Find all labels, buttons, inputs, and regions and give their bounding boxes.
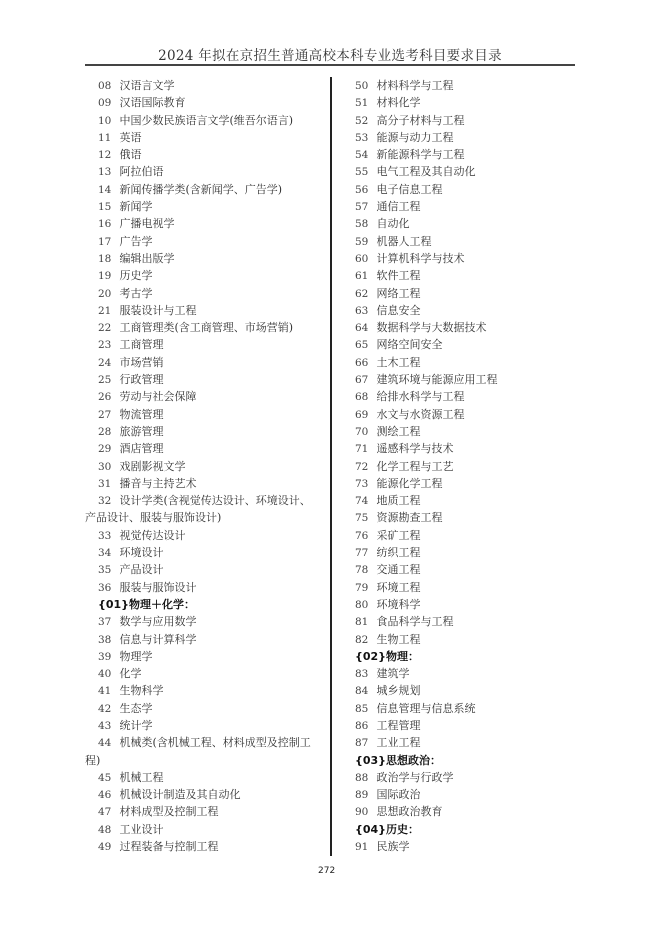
item-label: 工商管理类(含工商管理、市场营销) [120, 321, 294, 334]
item-label: 生物科学 [120, 684, 164, 697]
major-list-item: 28 旅游管理 [85, 423, 325, 440]
major-list-item: 33 视觉传达设计 [85, 527, 325, 544]
item-label: 思想政治教育 [377, 805, 443, 818]
major-list-item: 35 产品设计 [85, 561, 325, 578]
major-list-item: 73 能源化学工程 [355, 475, 595, 492]
section-heading: {01}物理＋化学： [85, 596, 325, 613]
item-label: 高分子材料与工程 [377, 114, 465, 127]
major-list-item: 87 工业工程 [355, 734, 595, 751]
item-label: 汉语言文学 [120, 79, 175, 92]
item-label: 机械设计制造及其自动化 [120, 788, 241, 801]
major-list-item: 65 网络空间安全 [355, 336, 595, 353]
item-number: 18 [98, 251, 116, 268]
item-number: 41 [98, 683, 116, 700]
item-number: 19 [98, 268, 116, 285]
major-list-item: 81 食品科学与工程 [355, 613, 595, 630]
section-heading: {03}思想政治： [355, 752, 595, 769]
item-number: 49 [98, 839, 116, 856]
item-number: 40 [98, 666, 116, 683]
major-list-item: 50 材料科学与工程 [355, 77, 595, 94]
item-label: 环境科学 [377, 598, 421, 611]
major-list-item: 43 统计学 [85, 717, 325, 734]
major-list-item: 78 交通工程 [355, 561, 595, 578]
item-label: 遥感科学与技术 [377, 442, 454, 455]
item-number: 79 [355, 580, 373, 597]
item-number: 51 [355, 95, 373, 112]
item-number: 88 [355, 770, 373, 787]
item-number: 29 [98, 441, 116, 458]
major-list-item: 72 化学工程与工艺 [355, 458, 595, 475]
item-number: 71 [355, 441, 373, 458]
item-number: 34 [98, 545, 116, 562]
major-list-item: 86 工程管理 [355, 717, 595, 734]
item-number: 86 [355, 718, 373, 735]
major-list-item: 61 软件工程 [355, 267, 595, 284]
major-list-item: 52 高分子材料与工程 [355, 112, 595, 129]
item-label: 交通工程 [377, 563, 421, 576]
item-number: 58 [355, 216, 373, 233]
item-label: 环境设计 [120, 546, 164, 559]
item-number: 43 [98, 718, 116, 735]
item-label: 土木工程 [377, 356, 421, 369]
major-list-item: 42 生态学 [85, 700, 325, 717]
major-list-item: 90 思想政治教育 [355, 803, 595, 820]
major-list-item: 21 服装设计与工程 [85, 302, 325, 319]
item-number: 38 [98, 632, 116, 649]
major-list-item: 66 土木工程 [355, 354, 595, 371]
major-list-item: 08 汉语言文学 [85, 77, 325, 94]
item-number: 28 [98, 424, 116, 441]
left-column: 08 汉语言文学09 汉语国际教育10 中国少数民族语言文学(维吾尔语言)11 … [85, 77, 325, 855]
item-label: 环境工程 [377, 581, 421, 594]
major-list-item: 58 自动化 [355, 215, 595, 232]
item-number: 73 [355, 476, 373, 493]
major-list-item: 18 编辑出版学 [85, 250, 325, 267]
item-label: 测绘工程 [377, 425, 421, 438]
major-list-item: 54 新能源科学与工程 [355, 146, 595, 163]
item-label: 广播电视学 [120, 217, 175, 230]
item-label: 俄语 [120, 148, 142, 161]
item-number: 60 [355, 251, 373, 268]
major-list-item: 40 化学 [85, 665, 325, 682]
major-list-item: 60 计算机科学与技术 [355, 250, 595, 267]
item-number: 78 [355, 562, 373, 579]
item-label: 纺织工程 [377, 546, 421, 559]
item-label: 信息安全 [377, 304, 421, 317]
item-number: 72 [355, 459, 373, 476]
item-label: 新闻学 [120, 200, 153, 213]
item-number: 09 [98, 95, 116, 112]
major-list-item: 74 地质工程 [355, 492, 595, 509]
major-list-item: 64 数据科学与大数据技术 [355, 319, 595, 336]
item-label: 考古学 [120, 287, 153, 300]
item-label: 工业工程 [377, 736, 421, 749]
item-number: 12 [98, 147, 116, 164]
item-number: 50 [355, 78, 373, 95]
item-number: 31 [98, 476, 116, 493]
item-label: 材料成型及控制工程 [120, 805, 219, 818]
item-number: 66 [355, 355, 373, 372]
page-number: 272 [318, 866, 335, 876]
item-label: 机器人工程 [377, 235, 432, 248]
item-label: 地质工程 [377, 494, 421, 507]
item-number: 48 [98, 822, 116, 839]
major-list-item: 67 建筑环境与能源应用工程 [355, 371, 595, 388]
item-number: 55 [355, 164, 373, 181]
item-number: 65 [355, 337, 373, 354]
item-number: 15 [98, 199, 116, 216]
major-list-item: 56 电子信息工程 [355, 181, 595, 198]
major-list-item: 77 纺织工程 [355, 544, 595, 561]
major-list-item: 22 工商管理类(含工商管理、市场营销) [85, 319, 325, 336]
major-list-item: 69 水文与水资源工程 [355, 406, 595, 423]
major-list-item: 39 物理学 [85, 648, 325, 665]
item-label: 化学工程与工艺 [377, 460, 454, 473]
major-list-item: 80 环境科学 [355, 596, 595, 613]
major-list-item: 30 戏剧影视文学 [85, 458, 325, 475]
item-label: 视觉传达设计 [120, 529, 186, 542]
item-number: 45 [98, 770, 116, 787]
item-number: 23 [98, 337, 116, 354]
item-number: 56 [355, 182, 373, 199]
item-number: 20 [98, 286, 116, 303]
major-list-item: 31 播音与主持艺术 [85, 475, 325, 492]
item-label: 软件工程 [377, 269, 421, 282]
item-number: 32 [98, 493, 116, 510]
item-label: 机械类(含机械工程、材料成型及控制工 [120, 736, 311, 749]
major-list-item: 15 新闻学 [85, 198, 325, 215]
major-list-item: 82 生物工程 [355, 631, 595, 648]
major-list-item: 37 数学与应用数学 [85, 613, 325, 630]
major-list-item: 44 机械类(含机械工程、材料成型及控制工 [85, 734, 325, 751]
item-label: 物流管理 [120, 408, 164, 421]
major-list-item: 19 历史学 [85, 267, 325, 284]
item-label: 给排水科学与工程 [377, 390, 465, 403]
item-number: 89 [355, 787, 373, 804]
item-label: 信息与计算科学 [120, 633, 197, 646]
major-list-item: 49 过程装备与控制工程 [85, 838, 325, 855]
major-list-item: 26 劳动与社会保障 [85, 388, 325, 405]
major-list-item: 83 建筑学 [355, 665, 595, 682]
major-list-item: 36 服装与服饰设计 [85, 579, 325, 596]
item-label: 劳动与社会保障 [120, 390, 197, 403]
item-label: 国际政治 [377, 788, 421, 801]
item-label: 设计学类(含视觉传达设计、环境设计、 [120, 494, 311, 507]
item-label: 建筑学 [377, 667, 410, 680]
major-list-item: 59 机器人工程 [355, 233, 595, 250]
item-label: 旅游管理 [120, 425, 164, 438]
list-item-continuation: 程) [85, 752, 325, 769]
item-number: 70 [355, 424, 373, 441]
item-number: 82 [355, 632, 373, 649]
major-list-item: 23 工商管理 [85, 336, 325, 353]
item-number: 35 [98, 562, 116, 579]
item-number: 90 [355, 804, 373, 821]
item-label: 网络工程 [377, 287, 421, 300]
item-label: 食品科学与工程 [377, 615, 454, 628]
item-label: 数据科学与大数据技术 [377, 321, 487, 334]
item-number: 42 [98, 701, 116, 718]
item-label: 生物工程 [377, 633, 421, 646]
item-label: 政治学与行政学 [377, 771, 454, 784]
item-label: 材料化学 [377, 96, 421, 109]
major-list-item: 20 考古学 [85, 285, 325, 302]
major-list-item: 51 材料化学 [355, 94, 595, 111]
item-label: 中国少数民族语言文学(维吾尔语言) [120, 114, 294, 127]
major-list-item: 89 国际政治 [355, 786, 595, 803]
item-label: 采矿工程 [377, 529, 421, 542]
item-number: 80 [355, 597, 373, 614]
item-label: 产品设计 [120, 563, 164, 576]
major-list-item: 41 生物科学 [85, 682, 325, 699]
item-number: 25 [98, 372, 116, 389]
item-label: 行政管理 [120, 373, 164, 386]
item-label: 新闻传播学类(含新闻学、广告学) [120, 183, 283, 196]
item-number: 81 [355, 614, 373, 631]
major-list-item: 88 政治学与行政学 [355, 769, 595, 786]
item-number: 08 [98, 78, 116, 95]
section-heading: {04}历史： [355, 821, 595, 838]
item-label: 城乡规划 [377, 684, 421, 697]
major-list-item: 75 资源勘查工程 [355, 509, 595, 526]
major-list-item: 62 网络工程 [355, 285, 595, 302]
major-list-item: 13 阿拉伯语 [85, 163, 325, 180]
major-list-item: 38 信息与计算科学 [85, 631, 325, 648]
item-number: 13 [98, 164, 116, 181]
major-list-item: 79 环境工程 [355, 579, 595, 596]
item-label: 英语 [120, 131, 142, 144]
item-number: 59 [355, 234, 373, 251]
item-number: 68 [355, 389, 373, 406]
major-list-item: 48 工业设计 [85, 821, 325, 838]
major-list-item: 47 材料成型及控制工程 [85, 803, 325, 820]
item-label: 服装设计与工程 [120, 304, 197, 317]
major-list-item: 63 信息安全 [355, 302, 595, 319]
major-list-item: 17 广告学 [85, 233, 325, 250]
item-label: 工业设计 [120, 823, 164, 836]
item-label: 数学与应用数学 [120, 615, 197, 628]
item-number: 87 [355, 735, 373, 752]
item-number: 75 [355, 510, 373, 527]
item-label: 机械工程 [120, 771, 164, 784]
item-label: 市场营销 [120, 356, 164, 369]
item-number: 46 [98, 787, 116, 804]
item-label: 酒店管理 [120, 442, 164, 455]
item-label: 信息管理与信息系统 [377, 702, 476, 715]
item-number: 21 [98, 303, 116, 320]
item-number: 74 [355, 493, 373, 510]
item-number: 61 [355, 268, 373, 285]
major-list-item: 45 机械工程 [85, 769, 325, 786]
item-label: 工程管理 [377, 719, 421, 732]
item-number: 39 [98, 649, 116, 666]
item-number: 53 [355, 130, 373, 147]
major-list-item: 34 环境设计 [85, 544, 325, 561]
page-title: 2024 年拟在京招生普通高校本科专业选考科目要求目录 [85, 44, 575, 64]
item-number: 47 [98, 804, 116, 821]
major-list-item: 29 酒店管理 [85, 440, 325, 457]
item-label: 化学 [120, 667, 142, 680]
major-list-item: 16 广播电视学 [85, 215, 325, 232]
major-list-item: 32 设计学类(含视觉传达设计、环境设计、 [85, 492, 325, 509]
item-number: 63 [355, 303, 373, 320]
item-number: 30 [98, 459, 116, 476]
major-list-item: 46 机械设计制造及其自动化 [85, 786, 325, 803]
item-number: 52 [355, 113, 373, 130]
item-label: 阿拉伯语 [120, 165, 164, 178]
item-number: 67 [355, 372, 373, 389]
major-list-item: 24 市场营销 [85, 354, 325, 371]
item-number: 57 [355, 199, 373, 216]
item-number: 69 [355, 407, 373, 424]
item-label: 资源勘查工程 [377, 511, 443, 524]
item-label: 播音与主持艺术 [120, 477, 197, 490]
right-column: 50 材料科学与工程51 材料化学52 高分子材料与工程53 能源与动力工程54… [355, 77, 595, 855]
item-label: 材料科学与工程 [377, 79, 454, 92]
item-number: 62 [355, 286, 373, 303]
major-list-item: 68 给排水科学与工程 [355, 388, 595, 405]
item-label: 通信工程 [377, 200, 421, 213]
item-number: 76 [355, 528, 373, 545]
major-list-item: 84 城乡规划 [355, 682, 595, 699]
item-label: 能源与动力工程 [377, 131, 454, 144]
item-number: 85 [355, 701, 373, 718]
major-list-item: 10 中国少数民族语言文学(维吾尔语言) [85, 112, 325, 129]
major-list-item: 27 物流管理 [85, 406, 325, 423]
item-label: 物理学 [120, 650, 153, 663]
item-number: 26 [98, 389, 116, 406]
major-list-item: 85 信息管理与信息系统 [355, 700, 595, 717]
item-label: 自动化 [377, 217, 410, 230]
item-label: 能源化学工程 [377, 477, 443, 490]
item-number: 22 [98, 320, 116, 337]
item-label: 历史学 [120, 269, 153, 282]
item-number: 36 [98, 580, 116, 597]
column-divider [330, 77, 332, 856]
item-label: 生态学 [120, 702, 153, 715]
item-label: 戏剧影视文学 [120, 460, 186, 473]
item-label: 建筑环境与能源应用工程 [377, 373, 498, 386]
item-number: 16 [98, 216, 116, 233]
major-list-item: 53 能源与动力工程 [355, 129, 595, 146]
item-label: 电气工程及其自动化 [377, 165, 476, 178]
item-label: 统计学 [120, 719, 153, 732]
item-label: 工商管理 [120, 338, 164, 351]
major-list-item: 11 英语 [85, 129, 325, 146]
major-list-item: 25 行政管理 [85, 371, 325, 388]
item-label: 民族学 [377, 840, 410, 853]
item-label: 汉语国际教育 [120, 96, 186, 109]
major-list-item: 09 汉语国际教育 [85, 94, 325, 111]
major-list-item: 14 新闻传播学类(含新闻学、广告学) [85, 181, 325, 198]
item-label: 水文与水资源工程 [377, 408, 465, 421]
major-list-item: 71 遥感科学与技术 [355, 440, 595, 457]
major-list-item: 70 测绘工程 [355, 423, 595, 440]
major-list-item: 76 采矿工程 [355, 527, 595, 544]
item-number: 17 [98, 234, 116, 251]
item-number: 54 [355, 147, 373, 164]
item-number: 91 [355, 839, 373, 856]
item-number: 24 [98, 355, 116, 372]
major-list-item: 12 俄语 [85, 146, 325, 163]
item-number: 27 [98, 407, 116, 424]
item-number: 77 [355, 545, 373, 562]
item-label: 新能源科学与工程 [377, 148, 465, 161]
item-label: 广告学 [120, 235, 153, 248]
section-heading: {02}物理： [355, 648, 595, 665]
major-list-item: 91 民族学 [355, 838, 595, 855]
item-label: 过程装备与控制工程 [120, 840, 219, 853]
item-number: 33 [98, 528, 116, 545]
major-list-item: 55 电气工程及其自动化 [355, 163, 595, 180]
item-label: 服装与服饰设计 [120, 581, 197, 594]
item-number: 83 [355, 666, 373, 683]
major-list-item: 57 通信工程 [355, 198, 595, 215]
item-number: 64 [355, 320, 373, 337]
item-label: 编辑出版学 [120, 252, 175, 265]
item-label: 计算机科学与技术 [377, 252, 465, 265]
header-rule [85, 64, 575, 66]
item-number: 37 [98, 614, 116, 631]
item-number: 10 [98, 113, 116, 130]
item-label: 网络空间安全 [377, 338, 443, 351]
item-label: 电子信息工程 [377, 183, 443, 196]
item-number: 11 [98, 130, 116, 147]
item-number: 84 [355, 683, 373, 700]
item-number: 44 [98, 735, 116, 752]
item-number: 14 [98, 182, 116, 199]
list-item-continuation: 产品设计、服装与服饰设计) [85, 509, 325, 526]
